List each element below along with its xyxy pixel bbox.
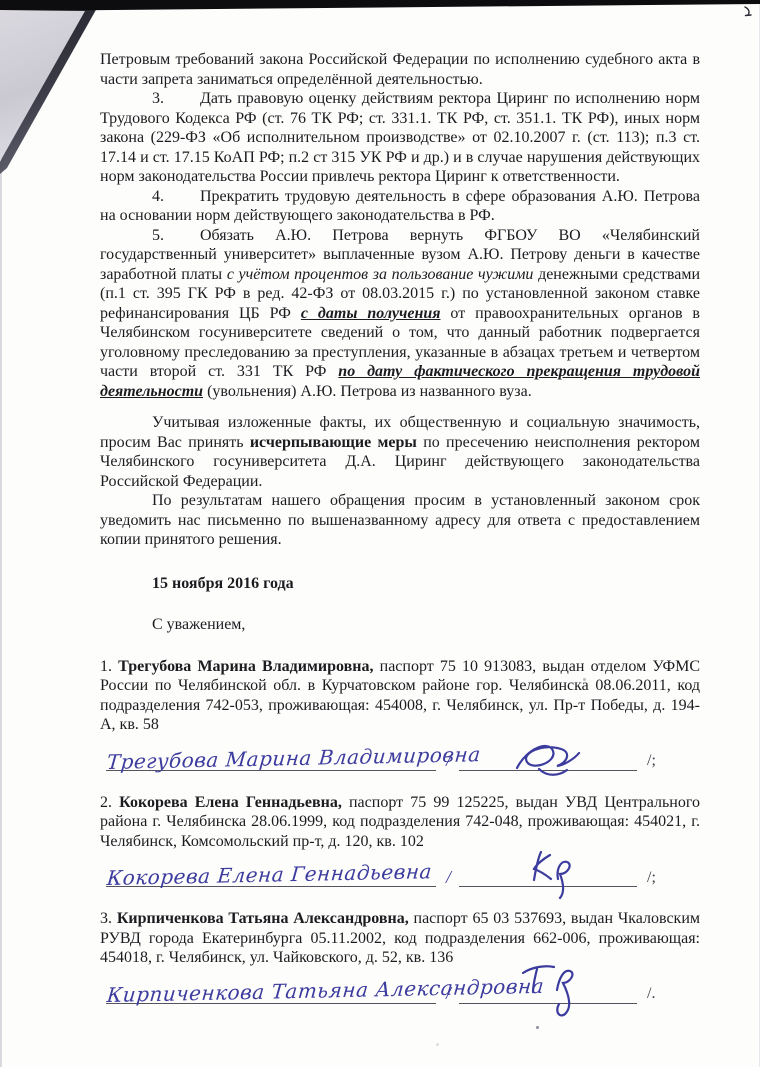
signer-number: 2. <box>100 794 119 811</box>
signature-slash: / <box>446 868 451 888</box>
italic-phrase: с учётом процентов за пользование чужими <box>227 266 534 283</box>
signature-flourish-icon <box>513 738 583 784</box>
bold-phrase: исчерпывающие меры <box>250 434 417 451</box>
signature-flourish-icon <box>517 961 579 1017</box>
signature-name-line: Кирпиченкова Татьяна Александровна <box>106 984 436 1004</box>
signer-name: Кирпиченкова Татьяна Александровна, <box>117 910 409 927</box>
signature-suffix: /; <box>647 868 656 888</box>
signature-row-2: Кокорева Елена Геннадьевна / /; <box>106 853 700 887</box>
signature-suffix: /. <box>647 984 655 1004</box>
dust-speck <box>436 1043 439 1046</box>
signature-initials-line <box>459 738 637 771</box>
signature-initials-line <box>459 848 637 887</box>
signer-3-details: 3. Кирпиченкова Татьяна Александровна, п… <box>100 909 700 968</box>
document-date: 15 ноября 2016 года <box>152 574 700 594</box>
closing-paragraph-1: Учитывая изложенные факты, их общественн… <box>100 413 700 491</box>
closing-paragraph-2: По результатам нашего обращения просим в… <box>100 491 700 550</box>
handwritten-name: Трегубова Марина Владимировна <box>106 743 482 773</box>
signer-number: 3. <box>100 910 117 927</box>
item-number: 3. <box>152 89 200 109</box>
signature-initials-line <box>459 961 637 1004</box>
signer-name: Кокорева Елена Геннадьевна, <box>119 794 342 811</box>
petition-item-3: 3.Дать правовую оценку действиям ректора… <box>100 89 700 187</box>
paragraph-intro-continuation: Петровым требований закона Российской Фе… <box>100 50 700 89</box>
handwritten-name: Кокорева Елена Геннадьевна <box>106 860 433 889</box>
petition-item-4: 4.Прекратить трудовую деятельность в сфе… <box>100 187 700 226</box>
letter-body: Петровым требований закона Российской Фе… <box>0 0 760 1014</box>
signature-row-1: Трегубова Марина Владимировна / /; <box>106 737 700 771</box>
signer-block-2: 2. Кокорева Елена Геннадьевна, паспорт 7… <box>100 793 700 888</box>
item-number: 5. <box>152 226 200 246</box>
signature-flourish-icon <box>524 848 572 900</box>
item-number: 4. <box>152 187 200 207</box>
emphasized-phrase: с даты получения <box>301 305 441 322</box>
scanned-document-page: Петровым требований закона Российской Фе… <box>0 0 760 1067</box>
dust-speck <box>536 1026 539 1029</box>
signer-number: 1. <box>100 658 118 675</box>
signature-row-3: Кирпиченкова Татьяна Александровна / /. <box>106 970 700 1004</box>
ink-mark-icon <box>742 6 754 25</box>
signer-2-details: 2. Кокорева Елена Геннадьевна, паспорт 7… <box>100 793 700 852</box>
signer-name: Трегубова Марина Владимировна, <box>118 658 373 675</box>
signer-1-details: 1. Трегубова Марина Владимировна, паспор… <box>100 657 700 735</box>
signature-name-line: Трегубова Марина Владимировна <box>106 751 436 771</box>
signer-block-3: 3. Кирпиченкова Татьяна Александровна, п… <box>100 909 700 1004</box>
signer-block-1: 1. Трегубова Марина Владимировна, паспор… <box>100 657 700 771</box>
item-text: (увольнения) А.Ю. Петрова из названного … <box>203 383 532 400</box>
petition-item-5: 5.Обязать А.Ю. Петрова вернуть ФГБОУ ВО … <box>100 226 700 402</box>
signature-suffix: /; <box>647 751 656 771</box>
signature-name-line: Кокорева Елена Геннадьевна <box>106 867 436 887</box>
salutation: С уважением, <box>152 615 700 635</box>
